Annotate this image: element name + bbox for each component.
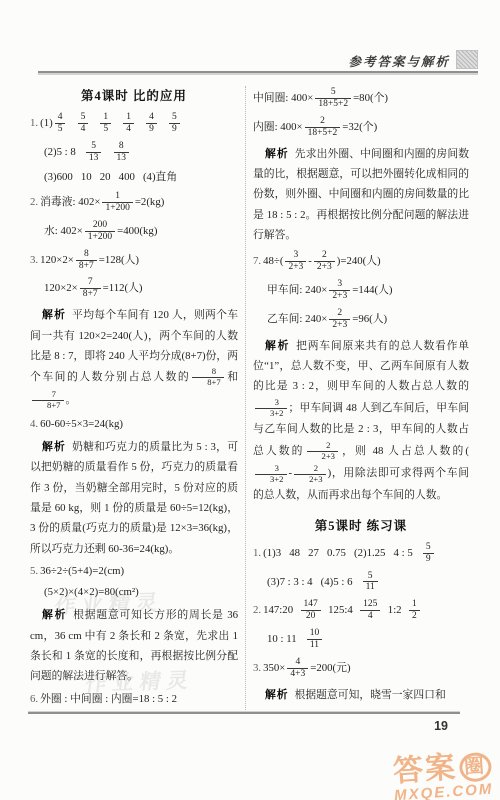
fraction: 1011 [307,628,323,651]
item-number: 3. [30,254,38,266]
answer-book-page: 参考答案与解析 第4课时 比的应用 1.(1)45 54 15 14 49 59… [0,0,500,800]
math-line: 甲车间: 240×32+3=144(人) [267,278,469,303]
column-divider [245,86,246,710]
math-line: 乙车间: 240×22+3=96(人) [267,307,469,332]
math-line: 1.(1)3 48 27 0.75 (2)1.25 4 : 5 59 [253,541,469,566]
math-line: 7.48÷(32+3-22+3)=240(人) [253,249,469,274]
header-rule [38,71,478,73]
faint-watermark: 作业精灵 [53,586,166,620]
analysis-label: 解析 [265,148,289,160]
math-line: 10 : 11 1011 [267,627,469,652]
fraction: 33+2 [255,464,287,485]
faint-watermark: 作业精灵 [84,664,197,698]
math-line: (3)7 : 3 : 4 (4)5 : 6 511 [267,570,469,595]
fraction: 22+3 [314,250,335,273]
math-line: 3.120×2×88+7=128(人) [30,248,238,273]
analysis-paragraph: 解析把两车间原来共有的总人数看作单位“1”，总人数不变，甲、乙两车间原有人数的比… [253,336,469,506]
fraction: 218+5+2 [305,116,341,139]
fraction: 59 [169,112,180,135]
fraction: 511 [363,571,378,594]
right-column: 中间圈: 400×518+5+2=80(个)内圈: 400×218+5+2=32… [253,82,469,710]
analysis-paragraph: 解析先求出外圈、中间圈和内圈的房间数量的比，根据题意，可以把外圈转化成相同的份数… [253,144,469,245]
fraction: 88+7 [192,367,224,388]
brand-circled-char: 圈 [458,751,492,782]
fraction: 44+3 [287,657,308,680]
fraction: 813 [114,141,130,164]
fraction: 22+3 [294,464,326,485]
section-title-lesson4: 第4课时 比的应用 [30,86,238,104]
item-number: 6. [30,693,38,705]
fraction: 22+3 [307,441,339,462]
analysis-text: 先求出外圈、中间圈和内圈的房间数量的比，根据题意，可以把外圈转化成相同的份数，则… [253,148,469,241]
right-column-lines: 中间圈: 400×518+5+2=80(个)内圈: 400×218+5+2=32… [253,86,469,705]
item-number: 2. [30,196,38,208]
fraction: 22+3 [329,308,350,331]
fraction: 78+7 [80,277,101,300]
math-line: (3)600 10 20 400 (4)直角 [44,169,238,186]
math-line: 120×2×78+7=112(人) [44,276,238,301]
math-line: 中间圈: 400×518+5+2=80(个) [253,86,469,111]
analysis-label: 解析 [265,689,289,701]
item-number: 5. [30,565,38,577]
fraction: 518+5+2 [315,87,351,110]
item-number: 2. [253,604,261,616]
item-number: 3. [253,662,261,674]
fraction: 32+3 [329,279,350,302]
header-decoration-box [456,50,478,69]
item-number: 1. [30,117,38,129]
fraction: 54 [78,112,89,135]
math-line: 1.(1)45 54 15 14 49 59 [30,111,238,136]
math-line: 4.60-60÷5×3=24(kg) [30,416,238,433]
math-line: 水: 402×2001+200=400(kg) [44,219,238,244]
section-title-lesson5: 第5课时 练习课 [253,516,469,534]
fraction: 11+200 [102,191,132,214]
fraction: 49 [146,112,157,135]
math-line: 2.147:20 14720 125:4 1254 1:2 12 [253,598,469,623]
math-line: 2.消毒液: 402×11+200=2(kg) [30,190,238,215]
analysis-text: 把两车间原来共有的总人数看作单位“1”，总人数不变，甲、乙两车间原有人数的比是 … [253,340,469,502]
analysis-text: 平均每个车间有 120 人，则两个车间一共有 120×2=240(人)，两个车间… [30,309,238,406]
fraction: 14720 [301,599,321,622]
fraction: 88+7 [76,249,97,272]
fraction: 2001+200 [85,220,115,243]
analysis-label: 解析 [42,441,66,453]
item-number: 1. [253,547,261,559]
math-line: (2)5 : 8 513 813 [44,140,238,165]
analysis-label: 解析 [265,340,290,352]
analysis-paragraph: 解析平均每个车间有 120 人，则两个车间一共有 120×2=240(人)，两个… [30,305,238,412]
fraction: 12 [409,599,420,622]
footer-rule [28,712,460,714]
math-line: 5.36÷2÷(5+4)=2(cm) [30,563,238,580]
analysis-text: 根据题意可知，晓雪一家四口和 [295,689,446,701]
analysis-paragraph: 解析根据题意可知，晓雪一家四口和 [253,685,469,705]
analysis-label: 解析 [42,309,66,321]
page-number: 19 [434,719,448,733]
fraction: 513 [86,141,102,164]
math-line: 内圈: 400×218+5+2=32(个) [253,115,469,140]
item-number: 4. [30,418,38,430]
header-title: 参考答案与解析 [348,52,450,70]
fraction: 45 [55,112,66,135]
fraction: 78+7 [32,390,64,411]
fraction: 32+3 [285,250,306,273]
brand-watermark: 答案圈 MXQE.COM [391,749,493,800]
item-number: 7. [253,255,261,267]
left-column-lines: 1.(1)45 54 15 14 49 59(2)5 : 8 513 813(3… [30,111,238,710]
fraction: 1254 [360,599,380,622]
math-line: 3.350×44+3=200(元) [253,656,469,681]
fraction: 15 [100,112,111,135]
analysis-paragraph: 解析奶糖和巧克力的质量比为 5 : 3，可以把奶糖的质量看作 5 份，巧克力的质… [30,437,238,559]
fraction: 33+2 [255,398,287,419]
fraction: 14 [123,112,134,135]
fraction: 59 [423,542,434,565]
analysis-text: 奶糖和巧克力的质量比为 5 : 3，可以把奶糖的质量看作 5 份，巧克力的质量看… [30,441,238,554]
